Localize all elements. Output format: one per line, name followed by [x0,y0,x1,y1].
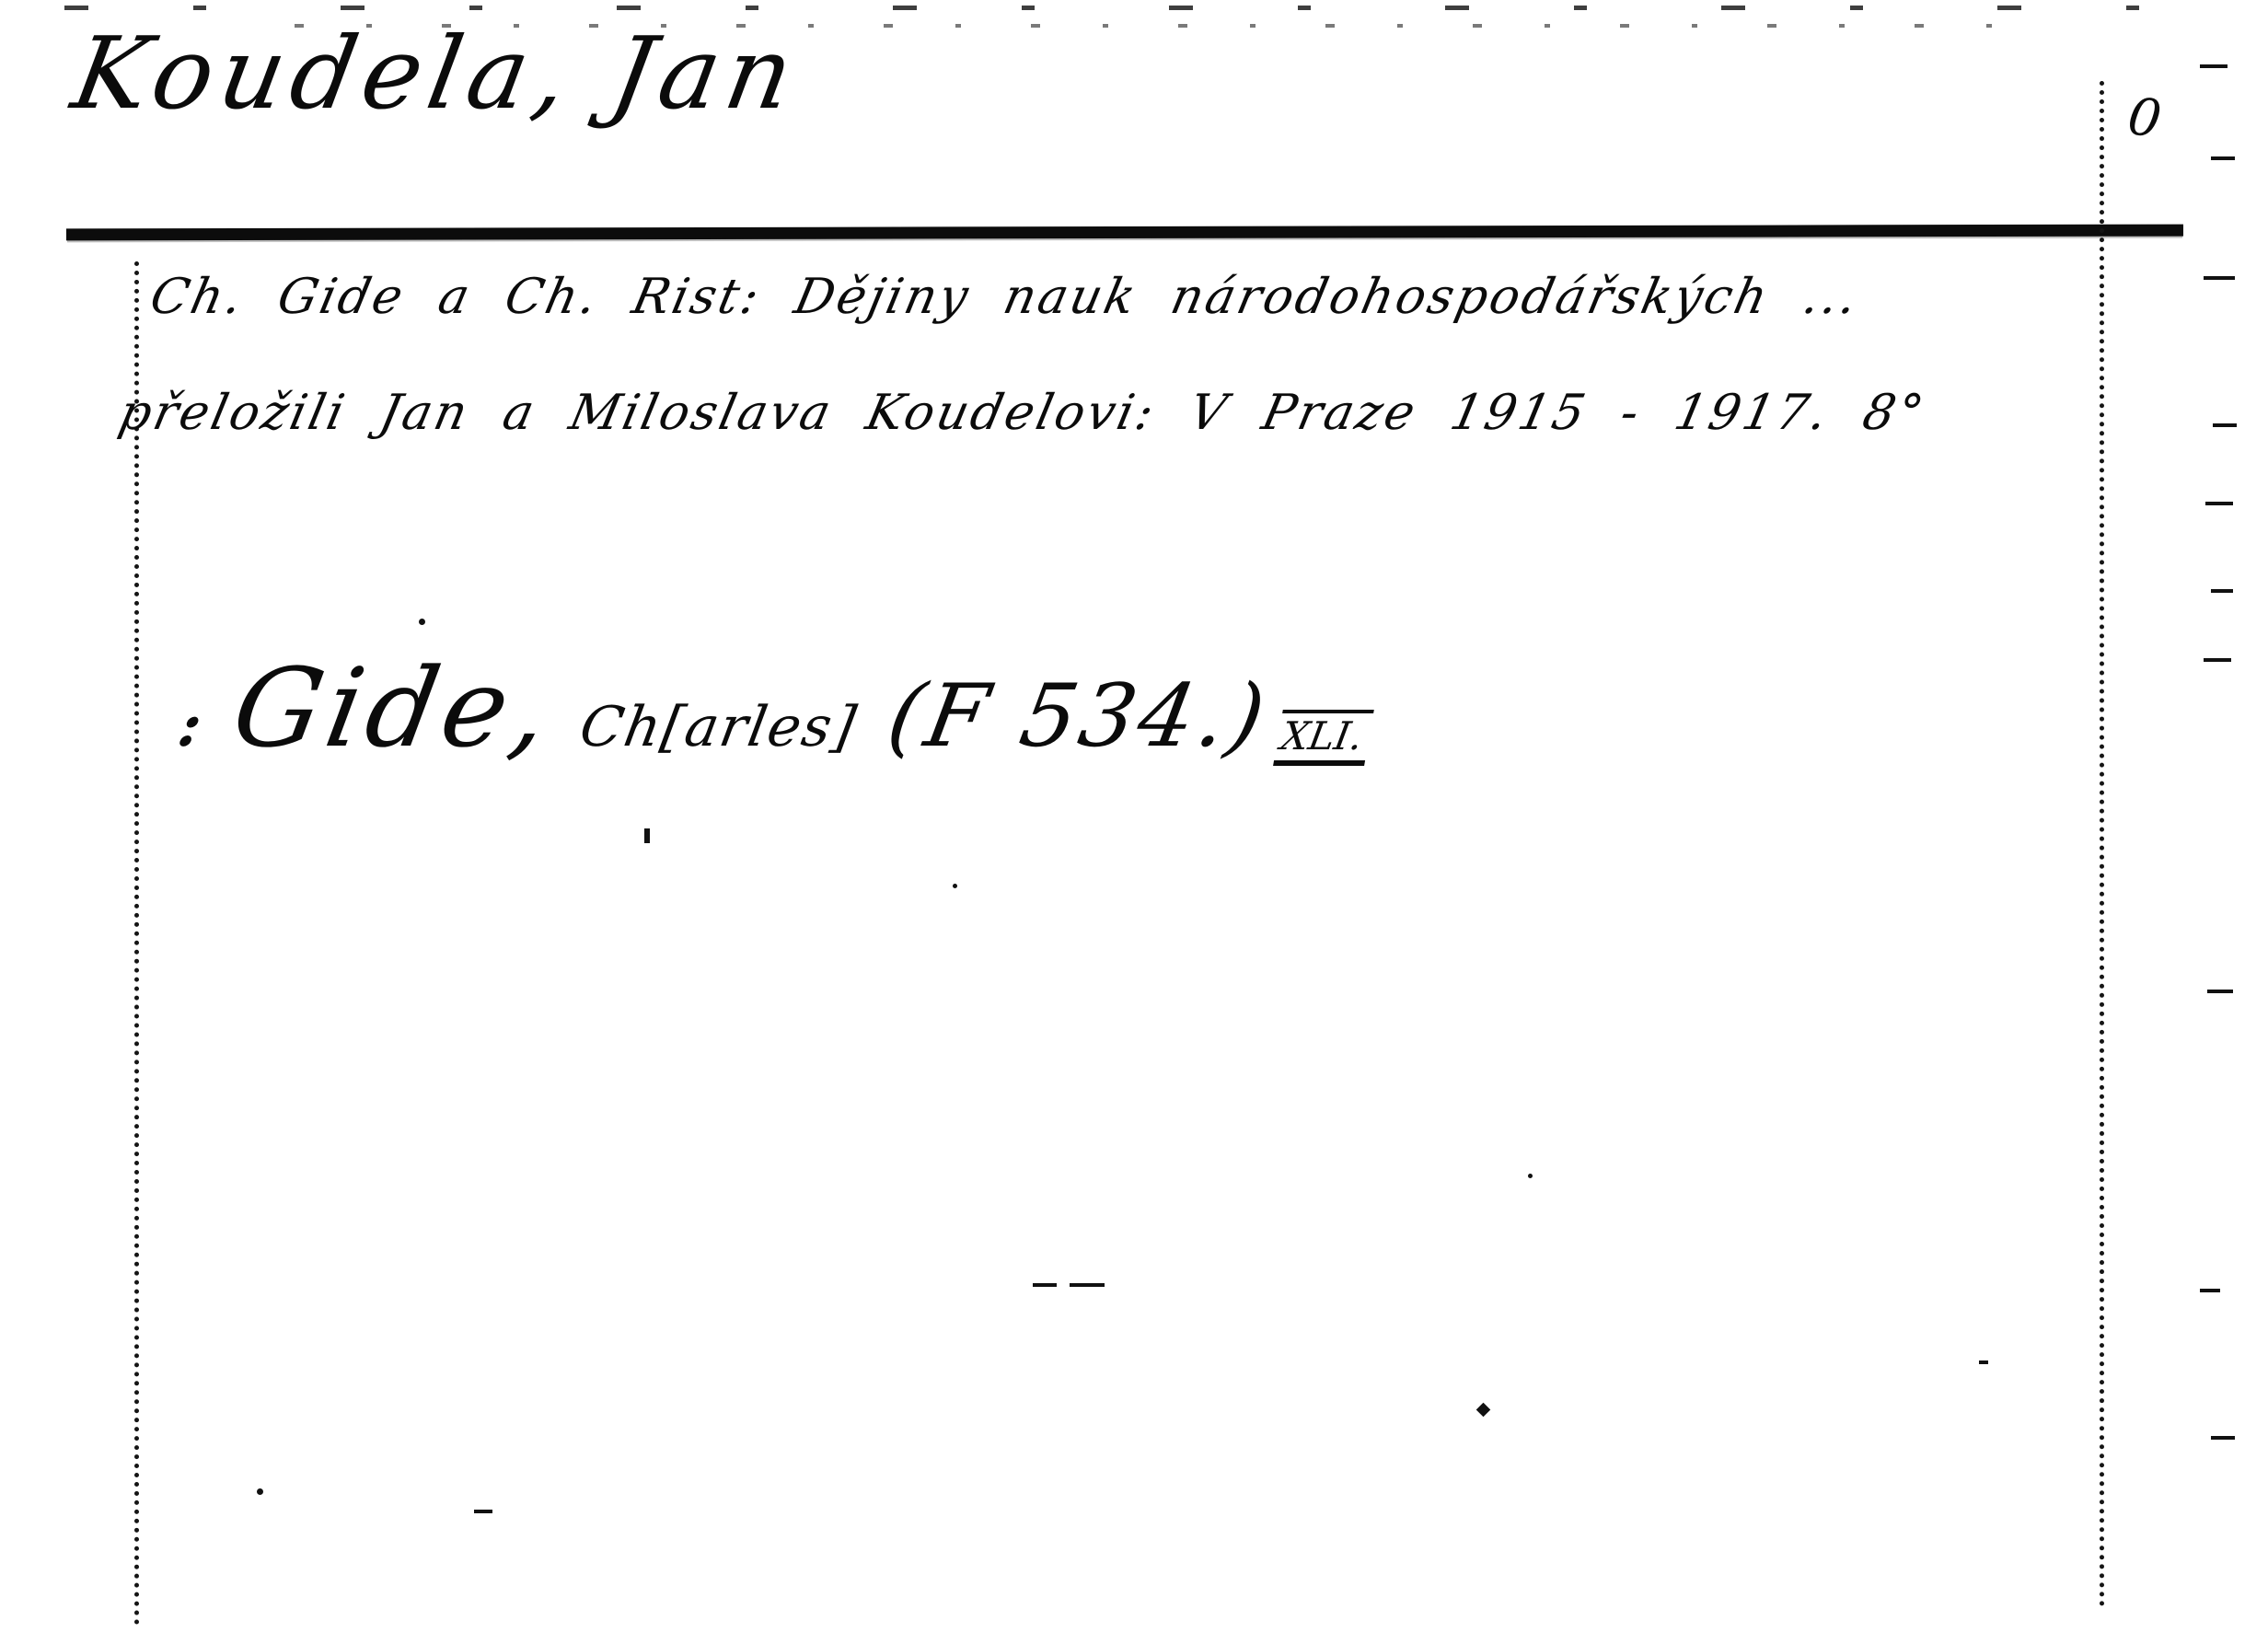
ink-speck [1476,1403,1491,1418]
reference-prefix-colon: : [173,691,207,760]
right-margin-dotted-line [2100,81,2104,1607]
corner-zero-mark: 0 [2124,87,2165,150]
left-margin-dotted-line [134,261,139,1626]
ink-speck [953,884,957,888]
ink-speck [419,619,425,625]
ink-speck [474,1510,492,1513]
scan-dash [2213,423,2237,427]
ink-speck [1528,1174,1533,1178]
scan-dash [2211,156,2235,160]
scan-noise-top [0,6,2268,10]
scan-dash [2200,64,2227,68]
scan-dash [2211,589,2233,593]
reference-call-number: (F 534.) [881,666,1276,767]
heading-name: Koudela, Jan [64,17,808,132]
catalog-card: Koudela, Jan 0 Ch. Gide a Ch. Rist: Ději… [0,0,2268,1644]
card-heading: Koudela, Jan [64,17,808,132]
scan-dash [2205,502,2233,505]
scan-dash [2200,1289,2220,1292]
description-line-2: přeložili Jan a Miloslava Koudelovi: V P… [114,385,1931,441]
scan-dash [2211,1436,2235,1440]
reference-forename: Ch[arles] [575,695,862,759]
ink-speck [257,1488,263,1495]
scan-dash [2204,658,2231,662]
heading-rule [66,225,2183,241]
reference-author-name: Gide, [225,644,564,771]
scan-dash [2204,276,2235,280]
ink-speck [1979,1360,1988,1364]
ink-speck [644,828,650,843]
reference-volume-mark: XLI. [1273,710,1374,766]
description-line-1: Ch. Gide a Ch. Rist: Dějiny nauk národoh… [145,269,1865,325]
ink-speck [1033,1283,1057,1287]
scan-dash [2207,990,2233,993]
reference-line: : Gide, Ch[arles] (F 534.) XLI. [171,644,1386,771]
ink-speck [1070,1283,1105,1287]
